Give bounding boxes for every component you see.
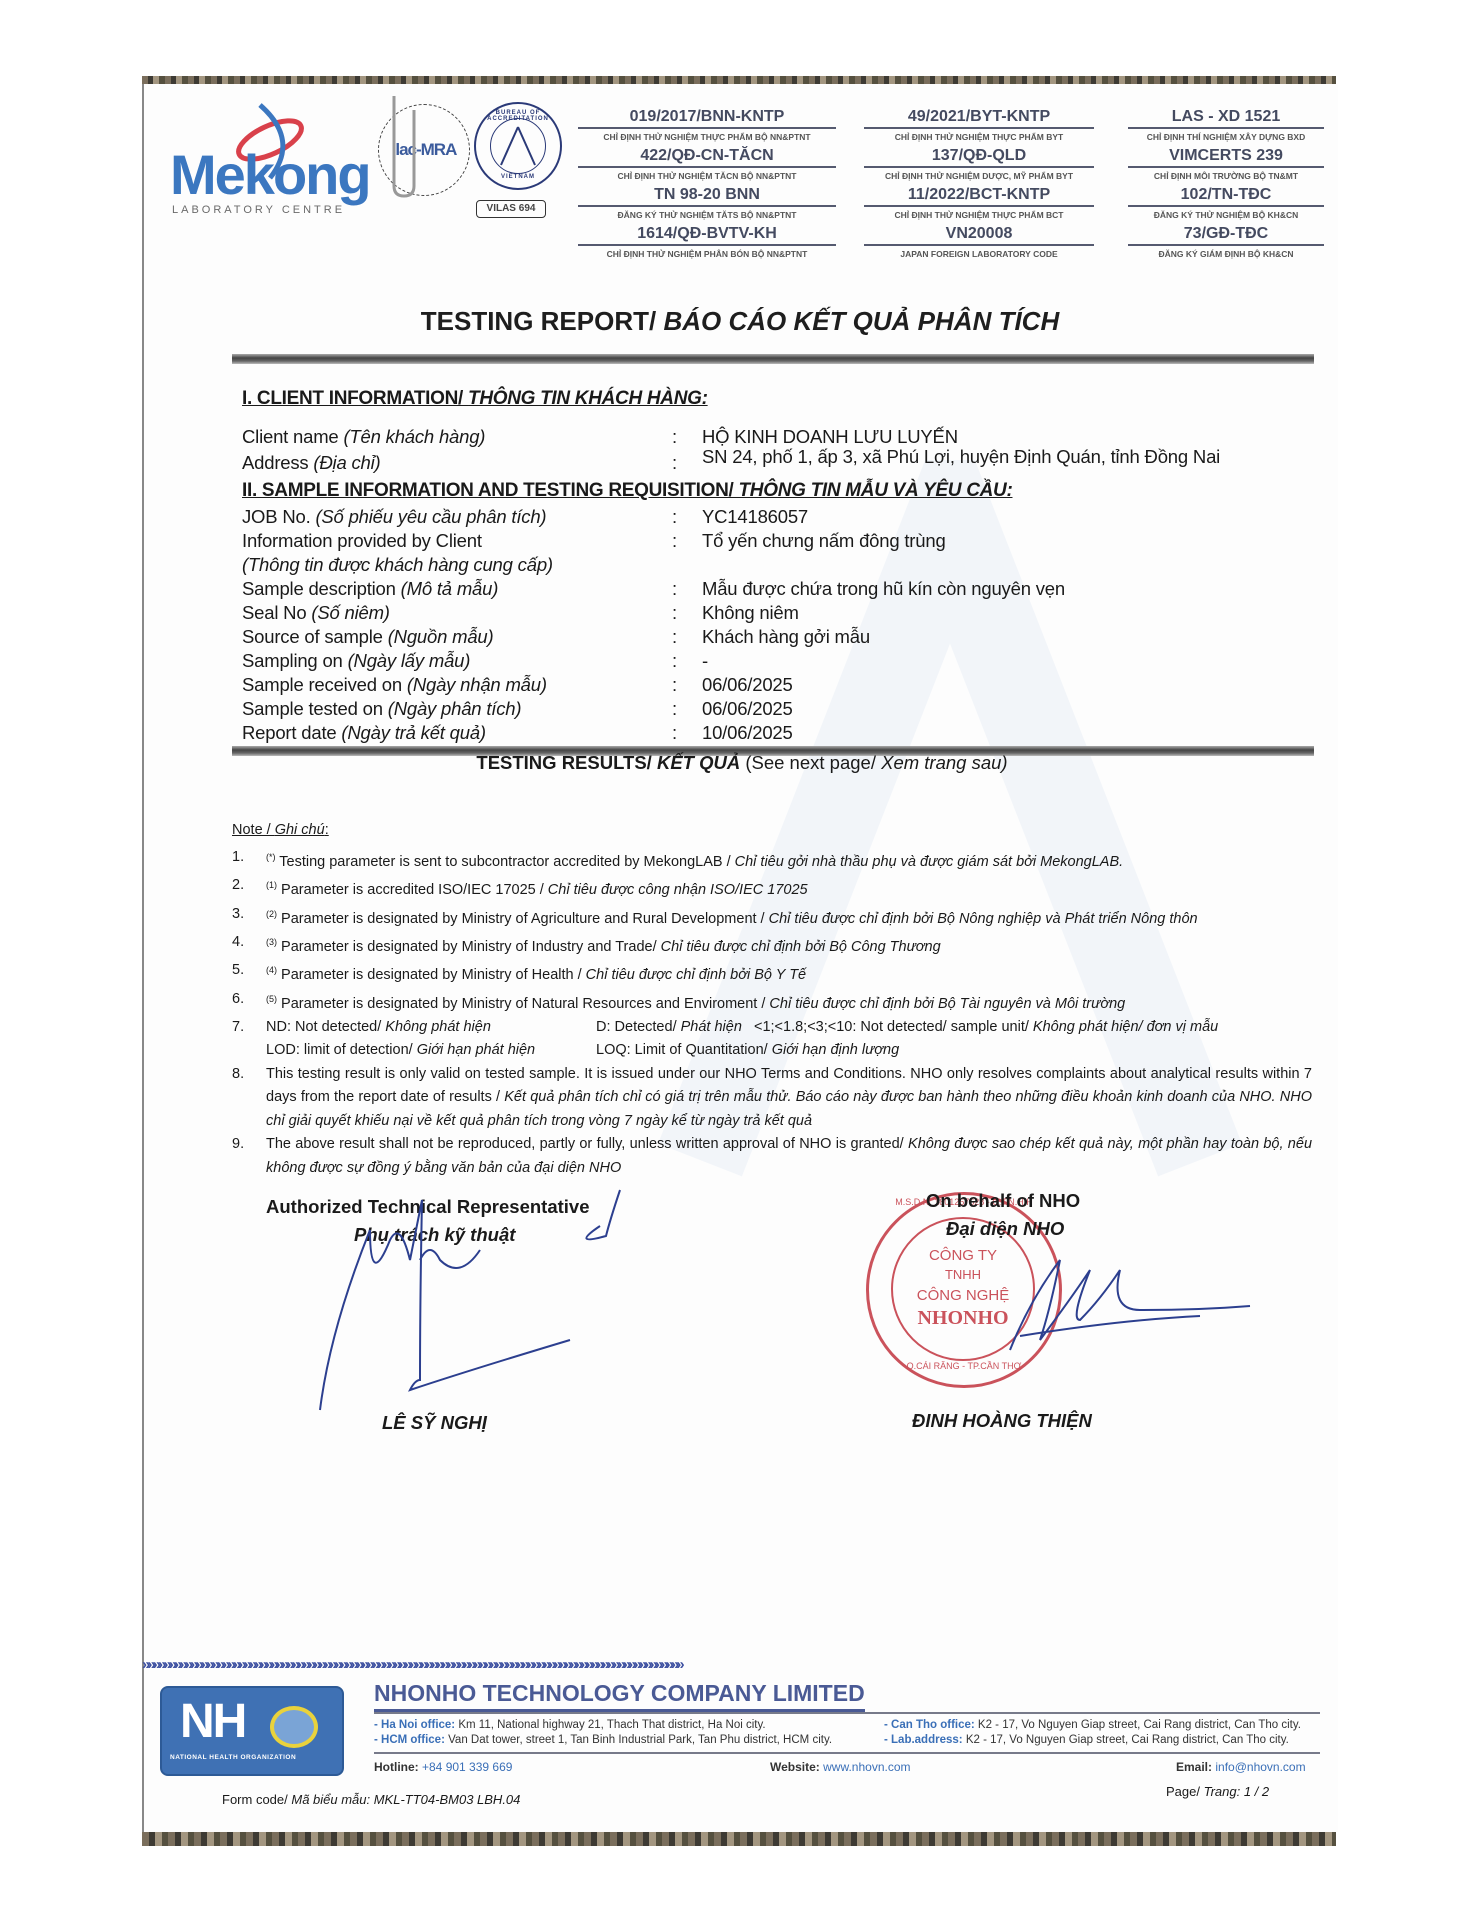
- heading-vi: THÔNG TIN KHÁCH HÀNG:: [468, 388, 708, 409]
- colon: :: [672, 578, 702, 600]
- field-value: 06/06/2025: [702, 698, 793, 720]
- mekong-wordmark: Mekong: [170, 142, 370, 207]
- certification-column-1: 019/2017/BNN-KNTPCHỈ ĐỊNH THỬ NGHIỆM THỰ…: [578, 108, 836, 264]
- sample-info-row: Sample description (Mô tả mẫu):Mẫu được …: [242, 578, 1065, 600]
- colon: :: [672, 650, 702, 672]
- cert-code: 422/QĐ-CN-TĂCN: [578, 147, 836, 168]
- background-surface-top: [142, 76, 1336, 84]
- colon: :: [672, 452, 702, 474]
- office-address: - Ha Noi office: Km 11, National highway…: [374, 1718, 832, 1733]
- results-vi: KẾT QUẢ: [657, 752, 740, 773]
- page-number: Page/ Trang: 1 / 2: [1166, 1784, 1269, 1799]
- cert-code: 11/2022/BCT-KNTP: [864, 186, 1094, 207]
- field-label: JOB No. (Số phiếu yêu cầu phân tích): [242, 506, 672, 528]
- boa-country: VIETNAM: [476, 174, 560, 180]
- sample-info-row: Source of sample (Nguồn mẫu):Khách hàng …: [242, 626, 870, 648]
- report-title-vi: BÁO CÁO KẾT QUẢ PHÂN TÍCH: [663, 306, 1059, 336]
- left-signature-icon: [310, 1180, 650, 1420]
- form-code: Form code/ Mã biểu mẫu: MKL-TT04-BM03 LB…: [222, 1792, 520, 1807]
- office-addresses-left: - Ha Noi office: Km 11, National highway…: [374, 1718, 832, 1748]
- hotline: Hotline: +84 901 339 669: [374, 1760, 512, 1774]
- testing-results-line: TESTING RESULTS/ KẾT QUẢ (See next page/…: [0, 752, 1484, 774]
- note-item: 1.(*) Testing parameter is sent to subco…: [232, 846, 1312, 874]
- sample-info-row: Seal No (Số niêm):Không niêm: [242, 602, 799, 624]
- paperclip-icon: [388, 86, 428, 206]
- colon: :: [672, 506, 702, 528]
- cert-desc: CHỈ ĐỊNH THỬ NGHIỆM THỰC PHẨM BỘ NN&PTNT: [578, 132, 836, 142]
- footer-chevron-border: »»»»»»»»»»»»»»»»»»»»»»»»»»»»»»»»»»»»»»»»…: [142, 1656, 1336, 1673]
- field-value: 10/06/2025: [702, 722, 793, 744]
- sample-info-row: JOB No. (Số phiếu yêu cầu phân tích):YC1…: [242, 506, 808, 528]
- cert-desc: ĐĂNG KÝ THỬ NGHIỆM TĂTS BỘ NN&PTNT: [578, 210, 836, 220]
- cert-code: 102/TN-TĐC: [1128, 186, 1324, 207]
- certification: 422/QĐ-CN-TĂCNCHỈ ĐỊNH THỬ NGHIỆM TĂCN B…: [578, 147, 836, 181]
- results-note-vi: Xem trang sau): [881, 752, 1007, 773]
- cert-code: TN 98-20 BNN: [578, 186, 836, 207]
- sample-info-row: Report date (Ngày trả kết quả):10/06/202…: [242, 722, 793, 744]
- field-label: Address (Địa chỉ): [242, 452, 672, 474]
- certification: 73/GĐ-TĐCĐĂNG KÝ GIÁM ĐỊNH BỘ KH&CN: [1128, 225, 1324, 259]
- field-label: Information provided by Client: [242, 530, 672, 552]
- sample-info-row: Information provided by Client:Tổ yến ch…: [242, 530, 946, 552]
- field-label: Sample description (Mô tả mẫu): [242, 578, 672, 600]
- report-title: TESTING REPORT/ BÁO CÁO KẾT QUẢ PHÂN TÍC…: [0, 306, 1482, 337]
- cert-desc: CHỈ ĐỊNH THỬ NGHIỆM PHÂN BÓN BỘ NN&PTNT: [578, 249, 836, 259]
- boa-emblem-icon: [491, 119, 545, 173]
- note-item: 2.(1) Parameter is accredited ISO/IEC 17…: [232, 874, 1312, 902]
- field-label: Sample received on (Ngày nhận mẫu): [242, 674, 672, 696]
- colon: :: [672, 674, 702, 696]
- nho-logo-letters: NH: [180, 1694, 245, 1749]
- colon: :: [672, 722, 702, 744]
- mekong-lab-logo: Mekong LABORATORY CENTRE: [170, 100, 360, 220]
- website-link[interactable]: www.nhovn.com: [823, 1760, 910, 1774]
- sample-info-row: Sample tested on (Ngày phân tích):06/06/…: [242, 698, 793, 720]
- email-link[interactable]: info@nhovn.com: [1215, 1760, 1305, 1774]
- certification: 11/2022/BCT-KNTPCHỈ ĐỊNH THỬ NGHIỆM THỰC…: [864, 186, 1094, 220]
- cert-desc: CHỈ ĐỊNH THỬ NGHIỆM THỰC PHẨM BCT: [864, 210, 1094, 220]
- certification: 019/2017/BNN-KNTPCHỈ ĐỊNH THỬ NGHIỆM THỰ…: [578, 108, 836, 142]
- footer-divider: [374, 1752, 1320, 1754]
- office-address: - HCM office: Van Dat tower, street 1, T…: [374, 1733, 832, 1748]
- cert-code: 019/2017/BNN-KNTP: [578, 108, 836, 129]
- divider: [232, 354, 1314, 364]
- stamp-ring-text: Q.CÁI RĂNG - TP.CẦN THƠ: [869, 1361, 1059, 1371]
- certification-column-3: LAS - XD 1521CHỈ ĐỊNH THÍ NGHIỆM XÂY DỰN…: [1128, 108, 1324, 264]
- company-name: NHONHO TECHNOLOGY COMPANY LIMITED: [374, 1680, 865, 1712]
- right-signatory-title: On behalf of NHO: [926, 1190, 1080, 1212]
- boa-accreditation-logo: BUREAU OF ACCREDITATION VIETNAM: [474, 102, 562, 190]
- client-section-heading: I. CLIENT INFORMATION/ THÔNG TIN KHÁCH H…: [242, 388, 708, 410]
- field-label: Client name (Tên khách hàng): [242, 426, 672, 448]
- boa-inner-ring: [490, 118, 546, 174]
- certification: VN20008JAPAN FOREIGN LABORATORY CODE: [864, 225, 1094, 259]
- cert-code: 73/GĐ-TĐC: [1128, 225, 1324, 246]
- sample-section-heading: II. SAMPLE INFORMATION AND TESTING REQUI…: [242, 480, 1012, 502]
- heading-vi: THÔNG TIN MẪU VÀ YÊU CẦU:: [739, 480, 1013, 501]
- cert-code: 49/2021/BYT-KNTP: [864, 108, 1094, 129]
- cert-desc: JAPAN FOREIGN LABORATORY CODE: [864, 249, 1094, 259]
- colon: :: [672, 626, 702, 648]
- certification: TN 98-20 BNNĐĂNG KÝ THỬ NGHIỆM TĂTS BỘ N…: [578, 186, 836, 220]
- cert-code: 1614/QĐ-BVTV-KH: [578, 225, 836, 246]
- field-value: 06/06/2025: [702, 674, 793, 696]
- field-value: YC14186057: [702, 506, 808, 528]
- certification: 49/2021/BYT-KNTPCHỈ ĐỊNH THỬ NGHIỆM THỰC…: [864, 108, 1094, 142]
- heading-en: II. SAMPLE INFORMATION AND TESTING REQUI…: [242, 480, 739, 501]
- field-label: (Thông tin được khách hàng cung cấp): [242, 554, 672, 576]
- vilas-badge: VILAS 694: [476, 200, 546, 218]
- right-signatory-name: ĐINH HOÀNG THIỆN: [912, 1410, 1092, 1432]
- field-label: Report date (Ngày trả kết quả): [242, 722, 672, 744]
- address-value: SN 24, phố 1, ấp 3, xã Phú Lợi, huyện Đị…: [702, 446, 1220, 468]
- field-value: Khách hàng gởi mẫu: [702, 626, 870, 648]
- note-item: 7. ND: Not detected/ Không phát hiệnD: D…: [232, 1016, 1312, 1063]
- nho-logo: NH NATIONAL HEALTH ORGANIZATION: [160, 1686, 344, 1776]
- hotline-number[interactable]: +84 901 339 669: [422, 1760, 512, 1774]
- colon: :: [672, 602, 702, 624]
- note-item: 3.(2) Parameter is designated by Ministr…: [232, 903, 1312, 931]
- sample-info-row: Sample received on (Ngày nhận mẫu):06/06…: [242, 674, 793, 696]
- cert-code: LAS - XD 1521: [1128, 108, 1324, 129]
- certification: LAS - XD 1521CHỈ ĐỊNH THÍ NGHIỆM XÂY DỰN…: [1128, 108, 1324, 142]
- left-signatory-name: LÊ SỸ NGHỊ: [382, 1412, 487, 1434]
- colon: :: [672, 698, 702, 720]
- office-address: - Lab.address: K2 - 17, Vo Nguyen Giap s…: [884, 1733, 1301, 1748]
- office-addresses-right: - Can Tho office: K2 - 17, Vo Nguyen Gia…: [884, 1718, 1301, 1748]
- client-name-row: Client name (Tên khách hàng):HỘ KINH DOA…: [242, 426, 958, 448]
- note-item: 4.(3) Parameter is designated by Ministr…: [232, 931, 1312, 959]
- globe-icon: [270, 1706, 318, 1748]
- cert-desc: CHỈ ĐỊNH THỬ NGHIỆM THỰC PHẨM BYT: [864, 132, 1094, 142]
- cert-desc: CHỈ ĐỊNH THÍ NGHIỆM XÂY DỰNG BXD: [1128, 132, 1324, 142]
- website: Website: www.nhovn.com: [770, 1760, 911, 1774]
- notes-list: 1.(*) Testing parameter is sent to subco…: [232, 846, 1312, 1180]
- colon: :: [672, 530, 702, 552]
- heading-en: I. CLIENT INFORMATION/: [242, 388, 468, 409]
- cert-desc: ĐĂNG KÝ THỬ NGHIỆM BỘ KH&CN: [1128, 210, 1324, 220]
- field-value: Mẫu được chứa trong hũ kín còn nguyên vẹ…: [702, 578, 1065, 600]
- results-note-en: (See next page/: [740, 752, 881, 773]
- certification: 137/QĐ-QLDCHỈ ĐỊNH THỬ NGHIỆM DƯỢC, MỸ P…: [864, 147, 1094, 181]
- field-value: Tổ yến chưng nấm đông trùng: [702, 530, 946, 552]
- right-signature-icon: [1000, 1240, 1260, 1360]
- certification-column-2: 49/2021/BYT-KNTPCHỈ ĐỊNH THỬ NGHIỆM THỰC…: [864, 108, 1094, 264]
- results-en: TESTING RESULTS/: [476, 752, 657, 773]
- cert-desc: CHỈ ĐỊNH THỬ NGHIỆM TĂCN BỘ NN&PTNT: [578, 171, 836, 181]
- nho-logo-subtitle: NATIONAL HEALTH ORGANIZATION: [170, 1754, 296, 1761]
- cert-desc: ĐĂNG KÝ GIÁM ĐỊNH BỘ KH&CN: [1128, 249, 1324, 259]
- field-value: -: [702, 650, 708, 672]
- sample-info-row: Sampling on (Ngày lấy mẫu):-: [242, 650, 708, 672]
- cert-code: 137/QĐ-QLD: [864, 147, 1094, 168]
- field-label: Source of sample (Nguồn mẫu): [242, 626, 672, 648]
- address-row: Address (Địa chỉ):SN 24, phố 1, ấp 3, xã…: [242, 452, 1220, 474]
- certification: VIMCERTS 239CHỈ ĐỊNH MÔI TRƯỜNG BỘ TN&MT: [1128, 147, 1324, 181]
- notes-title: Note / Ghi chú:: [232, 822, 329, 838]
- note-item: 8. This testing result is only valid on …: [232, 1063, 1312, 1134]
- mekong-subtitle: LABORATORY CENTRE: [172, 204, 345, 216]
- sample-info-row: (Thông tin được khách hàng cung cấp): [242, 554, 672, 576]
- field-value: Không niêm: [702, 602, 799, 624]
- field-label: Sample tested on (Ngày phân tích): [242, 698, 672, 720]
- note-item: 5.(4) Parameter is designated by Ministr…: [232, 959, 1312, 987]
- certification: 102/TN-TĐCĐĂNG KÝ THỬ NGHIỆM BỘ KH&CN: [1128, 186, 1324, 220]
- cert-desc: CHỈ ĐỊNH THỬ NGHIỆM DƯỢC, MỸ PHẨM BYT: [864, 171, 1094, 181]
- cert-code: VN20008: [864, 225, 1094, 246]
- background-surface-bottom: [142, 1832, 1336, 1846]
- certification: 1614/QĐ-BVTV-KHCHỈ ĐỊNH THỬ NGHIỆM PHÂN …: [578, 225, 836, 259]
- field-label: Sampling on (Ngày lấy mẫu): [242, 650, 672, 672]
- cert-code: VIMCERTS 239: [1128, 147, 1324, 168]
- client-name-value: HỘ KINH DOANH LƯU LUYẾN: [702, 426, 958, 448]
- note-item: 6.(5) Parameter is designated by Ministr…: [232, 988, 1312, 1016]
- field-label: Seal No (Số niêm): [242, 602, 672, 624]
- report-title-en: TESTING REPORT/: [421, 306, 664, 336]
- colon: :: [672, 426, 702, 448]
- footer-divider: [374, 1712, 1320, 1714]
- email: Email: info@nhovn.com: [1176, 1760, 1306, 1774]
- right-signatory-subtitle: Đại diện NHO: [946, 1218, 1064, 1240]
- note-item: 9. The above result shall not be reprodu…: [232, 1133, 1312, 1180]
- office-address: - Can Tho office: K2 - 17, Vo Nguyen Gia…: [884, 1718, 1301, 1733]
- cert-desc: CHỈ ĐỊNH MÔI TRƯỜNG BỘ TN&MT: [1128, 171, 1324, 181]
